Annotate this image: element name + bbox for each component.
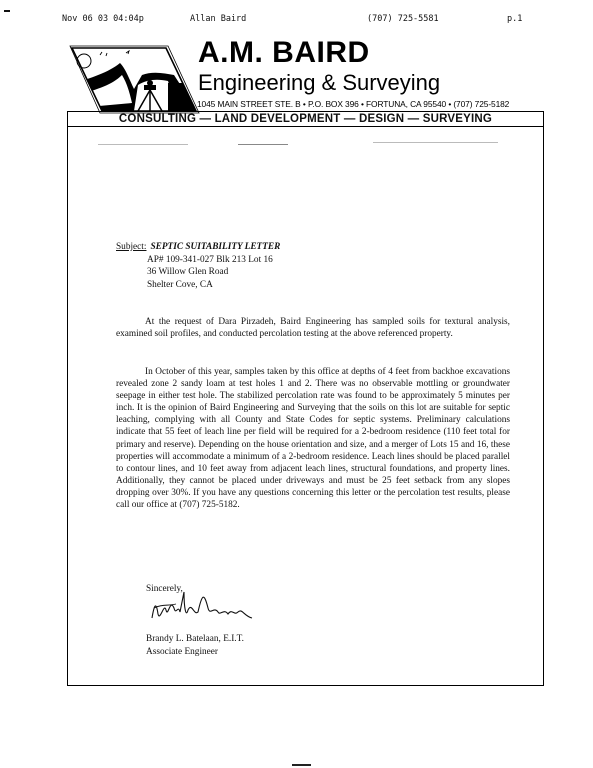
parcel-number: AP# 109-341-027 Blk 213 Lot 16 [147, 254, 273, 266]
scan-mark [292, 764, 311, 766]
subject-label: Subject: [116, 242, 146, 252]
services-banner: CONSULTING — LAND DEVELOPMENT — DESIGN —… [68, 112, 543, 127]
fax-date-time: Nov 06 03 04:04p [62, 14, 144, 24]
scan-noise [238, 144, 288, 145]
paragraph-intro: At the request of Dara Pirzadeh, Baird E… [116, 316, 510, 340]
scan-noise [373, 142, 498, 143]
paragraph-text: In October of this year, samples taken b… [116, 367, 510, 510]
subject-title: SEPTIC SUITABILITY LETTER [150, 242, 280, 252]
subject-line: Subject:SEPTIC SUITABILITY LETTER [116, 241, 280, 253]
fax-header: Nov 06 03 04:04p Allan Baird (707) 725-5… [0, 14, 593, 28]
company-address: 1045 MAIN STREET STE. B • P.O. BOX 396 •… [197, 99, 509, 109]
paragraph-findings: In October of this year, samples taken b… [116, 366, 510, 511]
signer-block: Brandy L. Batelaan, E.I.T. Associate Eng… [146, 633, 244, 658]
scan-mark [4, 10, 10, 12]
company-name: A.M. BAIRD [198, 36, 370, 70]
fax-page: p.1 [507, 14, 522, 24]
city-state: Shelter Cove, CA [147, 279, 273, 291]
signer-title: Associate Engineer [146, 646, 244, 659]
signer-name: Brandy L. Batelaan, E.I.T. [146, 633, 244, 646]
street-address: 36 Willow Glen Road [147, 266, 273, 278]
paragraph-text: At the request of Dara Pirzadeh, Baird E… [116, 317, 510, 339]
scan-noise [98, 144, 188, 145]
fax-phone: (707) 725-5581 [367, 14, 439, 24]
company-subtitle: Engineering & Surveying [198, 70, 440, 96]
surveyor-tripod-mountain-logo-icon [68, 45, 200, 115]
subject-details: AP# 109-341-027 Blk 213 Lot 16 36 Willow… [147, 254, 273, 291]
handwritten-signature-icon [148, 588, 258, 628]
fax-sender: Allan Baird [190, 14, 246, 24]
